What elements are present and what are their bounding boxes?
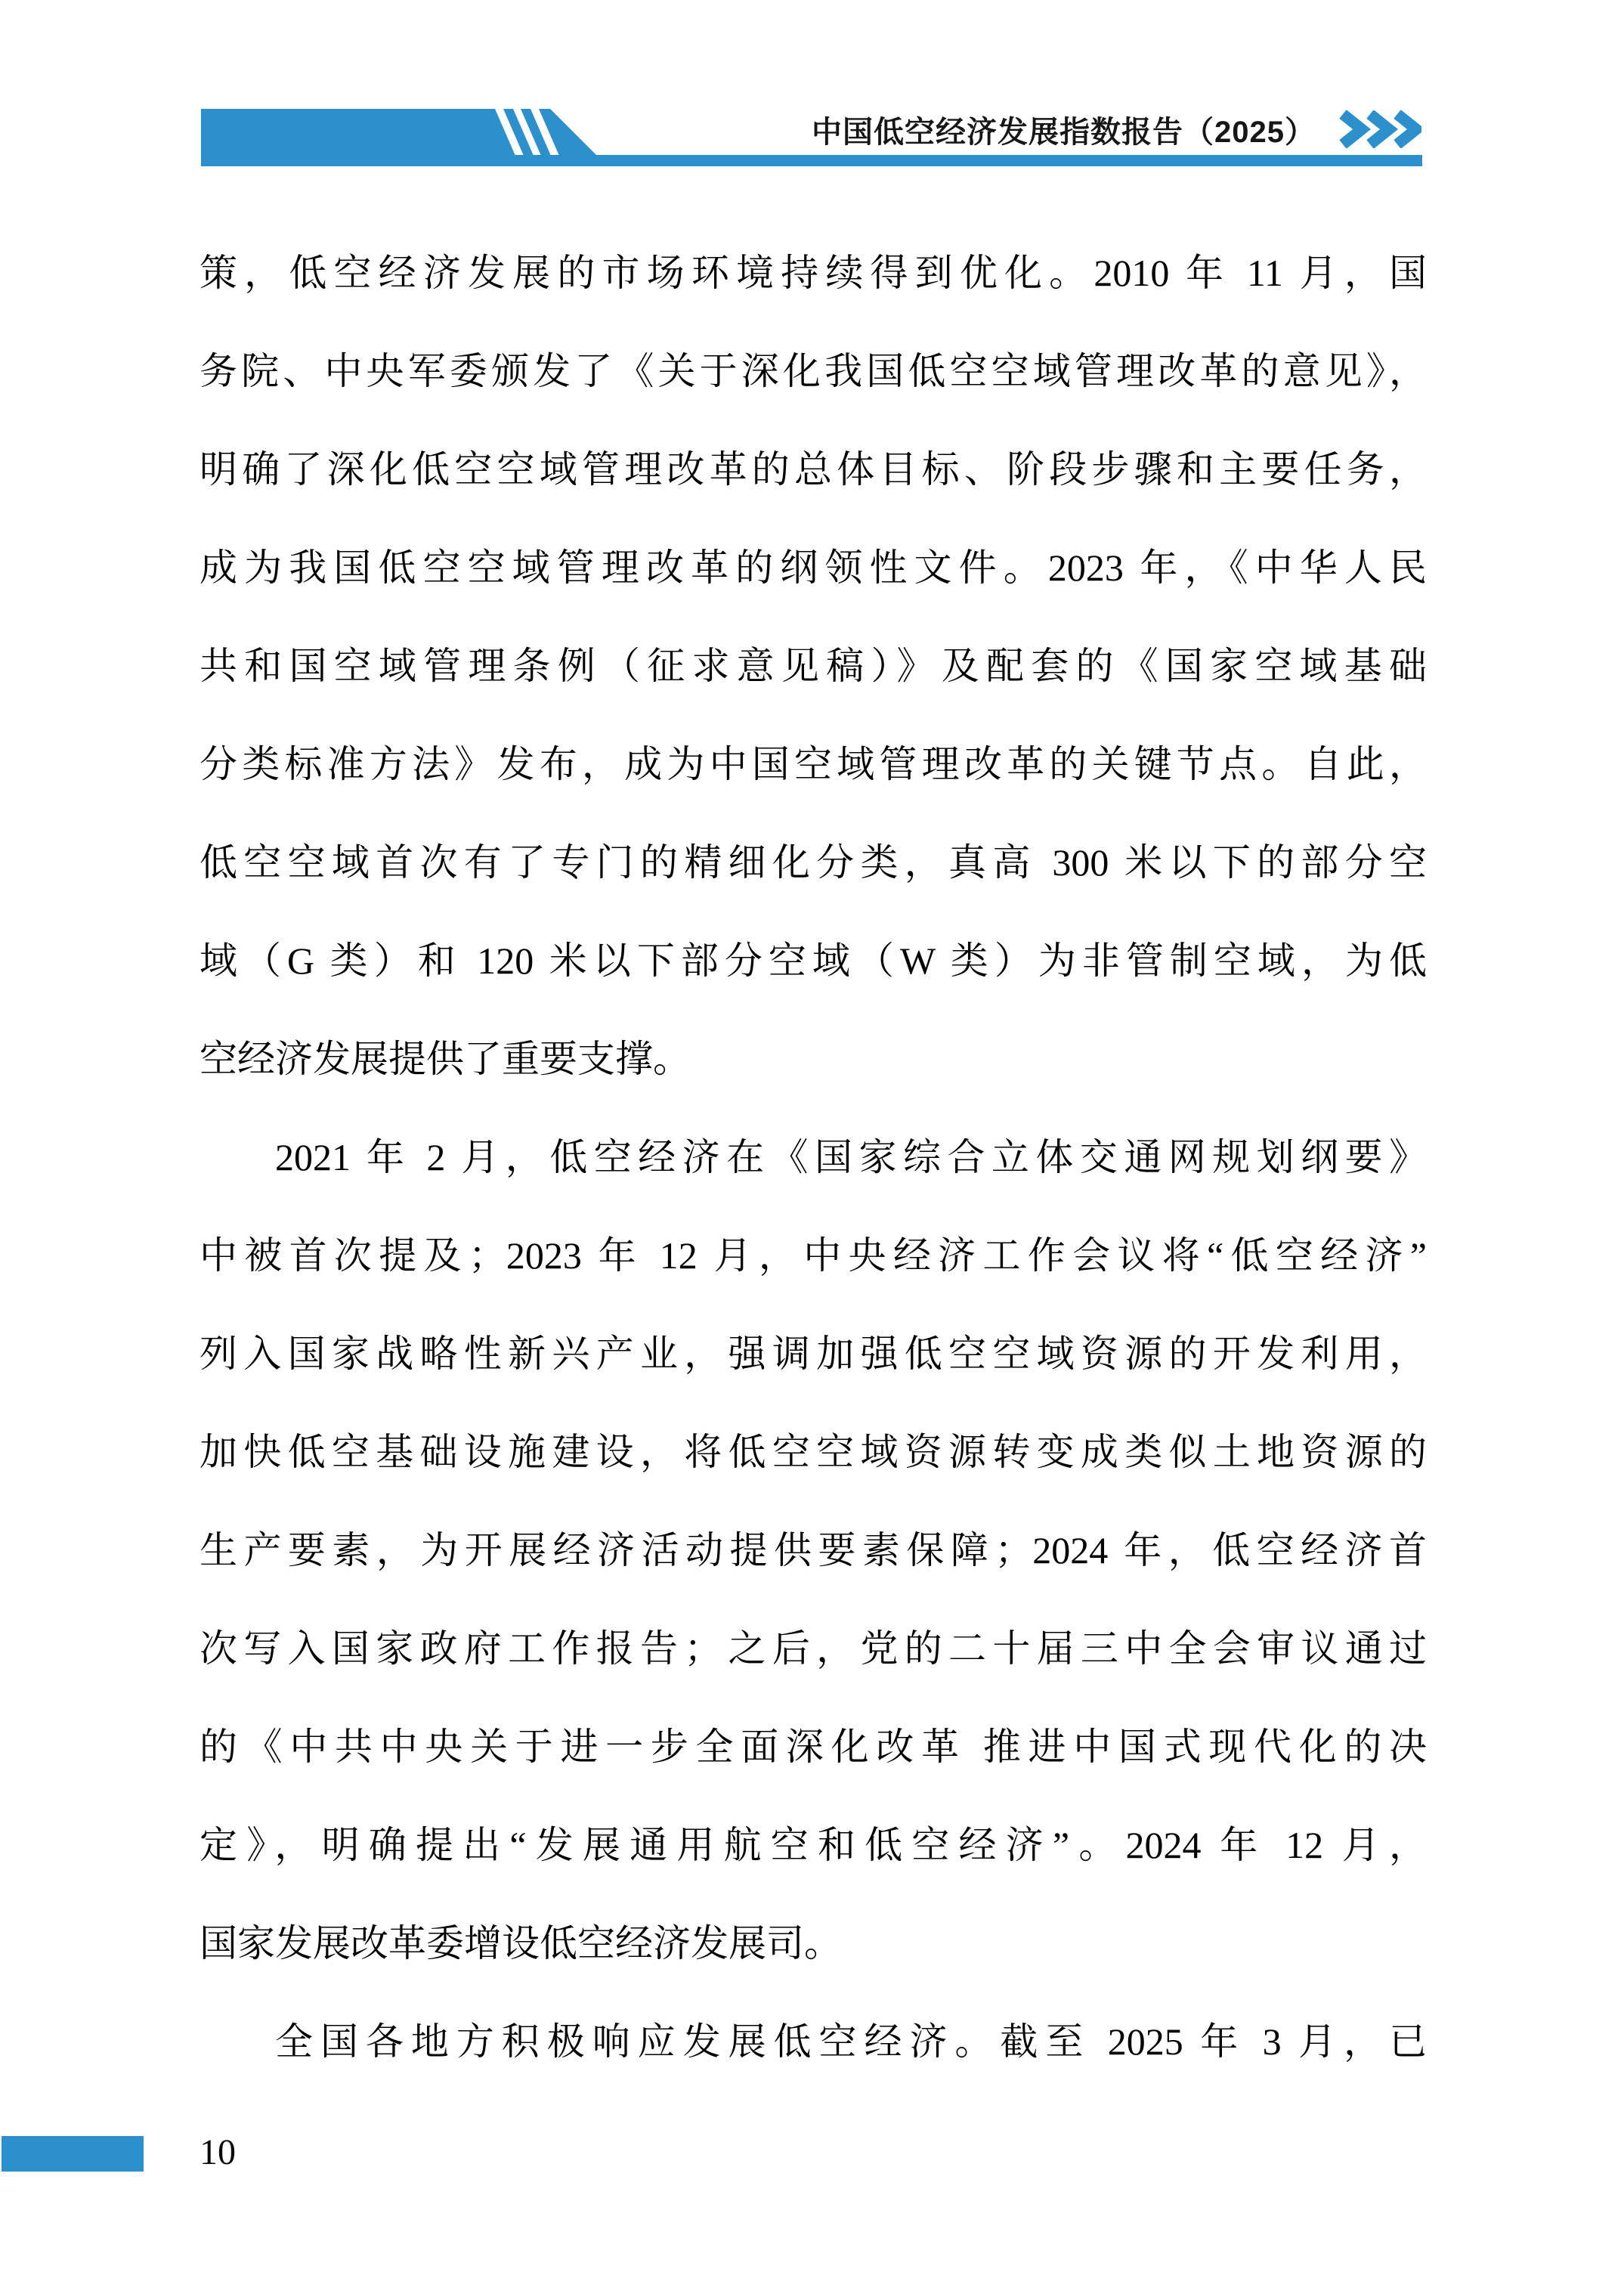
text-line: 的《中共中央关于进一步全面深化改革 推进中国式现代化的决 — [200, 1698, 1427, 1796]
text-line: 生产要素，为开展经济活动提供要素保障；2024 年，低空经济首 — [200, 1501, 1427, 1599]
report-page: 中国低空经济发展指数报告（2025） 策，低空经济发展的市场环境持续得到优化。2… — [0, 0, 1624, 2294]
text-line: 共和国空域管理条例（征求意见稿）》及配套的《国家空域基础 — [200, 617, 1427, 715]
body-text: 策，低空经济发展的市场环境持续得到优化。2010 年 11 月，国 务院、中央军… — [200, 224, 1427, 2091]
text-line: 成为我国低空空域管理改革的纲领性文件。2023 年，《中华人民 — [200, 519, 1427, 617]
text-line: 域（G 类）和 120 米以下部分空域（W 类）为非管制空域，为低 — [200, 912, 1427, 1010]
text-line: 务院、中央军委颁发了《关于深化我国低空空域管理改革的意见》， — [200, 322, 1427, 420]
header-band-graphic — [0, 0, 1624, 197]
text-line: 分类标准方法》发布，成为中国空域管理改革的关键节点。自此， — [200, 715, 1427, 813]
text-line: 2021 年 2 月，低空经济在《国家综合立体交通网规划纲要》 — [200, 1108, 1427, 1206]
triple-chevron-right-icon — [1337, 110, 1421, 148]
text-line: 国家发展改革委增设低空经济发展司。 — [200, 1894, 1427, 1992]
text-line: 全国各地方积极响应发展低空经济。截至 2025 年 3 月，已 — [200, 1992, 1427, 2091]
footer-accent-bar — [2, 2136, 144, 2172]
page-number: 10 — [200, 2131, 236, 2174]
text-line: 定》，明确提出“发展通用航空和低空经济”。2024 年 12 月， — [200, 1796, 1427, 1894]
text-line: 低空空域首次有了专门的精细化分类，真高 300 米以下的部分空 — [200, 813, 1427, 912]
text-line: 明确了深化低空空域管理改革的总体目标、阶段步骤和主要任务， — [200, 420, 1427, 519]
text-line: 空经济发展提供了重要支撑。 — [200, 1010, 1427, 1108]
text-line: 列入国家战略性新兴产业，强调加强低空空域资源的开发利用， — [200, 1305, 1427, 1403]
text-line: 策，低空经济发展的市场环境持续得到优化。2010 年 11 月，国 — [200, 224, 1427, 322]
text-line: 中被首次提及；2023 年 12 月，中央经济工作会议将“低空经济” — [200, 1206, 1427, 1305]
page-header: 中国低空经济发展指数报告（2025） — [812, 109, 1421, 150]
text-line: 加快低空基础设施建设，将低空空域资源转变成类似土地资源的 — [200, 1403, 1427, 1501]
text-line: 次写入国家政府工作报告；之后，党的二十届三中全会审议通过 — [200, 1599, 1427, 1698]
header-title: 中国低空经济发展指数报告（2025） — [812, 108, 1316, 151]
